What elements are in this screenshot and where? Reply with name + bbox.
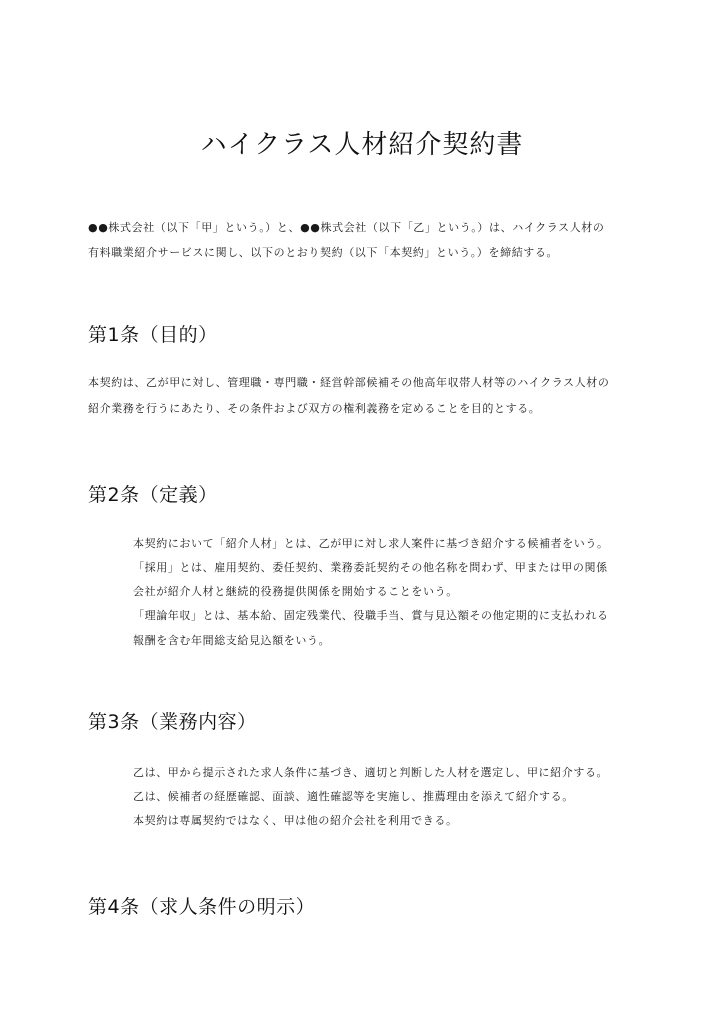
article-2-line: 本契約において「紹介人材」とは、乙が甲に対し求人案件に基づき紹介する候補者をいう… <box>133 537 609 551</box>
article-2-line: 会社が紹介人材と継続的役務提供関係を開始することをいう。 <box>133 585 458 599</box>
article-3-line: 乙は、甲から提示された求人条件に基づき、適切と判断した人材を選定し、甲に紹介する… <box>133 766 608 780</box>
article-2-line: 「採用」とは、雇用契約、委任契約、業務委託契約その他名称を問わず、甲または甲の関… <box>133 561 608 575</box>
article-2-heading: 第2条（定義） <box>88 483 218 507</box>
article-3-line: 本契約は専属契約ではなく、甲は他の紹介会社を利用できる。 <box>133 814 458 828</box>
document-title: ハイクラス人材紹介契約書 <box>0 124 724 161</box>
intro-line: ●●株式会社（以下「甲」という。）と、●●株式会社（以下「乙」という。）は、ハイ… <box>88 221 604 235</box>
article-3-line: 乙は、候補者の経歴確認、面談、適性確認等を実施し、推薦理由を添えて紹介する。 <box>133 790 574 804</box>
article-2-line: 「理論年収」とは、基本給、固定残業代、役職手当、賞与見込額その他定期的に支払われ… <box>133 609 609 623</box>
article-1-line: 本契約は、乙が甲に対し、管理職・専門職・経営幹部候補その他高年収帯人材等のハイク… <box>88 376 609 390</box>
article-1-heading: 第1条（目的） <box>88 323 218 347</box>
article-2-line: 報酬を含む年間総支給見込額をいう。 <box>133 634 330 648</box>
intro-line: 有料職業紹介サービスに関し、以下のとおり契約（以下「本契約」という。）を締結する… <box>88 246 558 260</box>
article-1-line: 紹介業務を行うにあたり、その条件および双方の権利義務を定めることを目的とする。 <box>88 402 540 416</box>
article-4-heading: 第4条（求人条件の明示） <box>88 895 315 919</box>
article-3-heading: 第3条（業務内容） <box>88 710 257 734</box>
